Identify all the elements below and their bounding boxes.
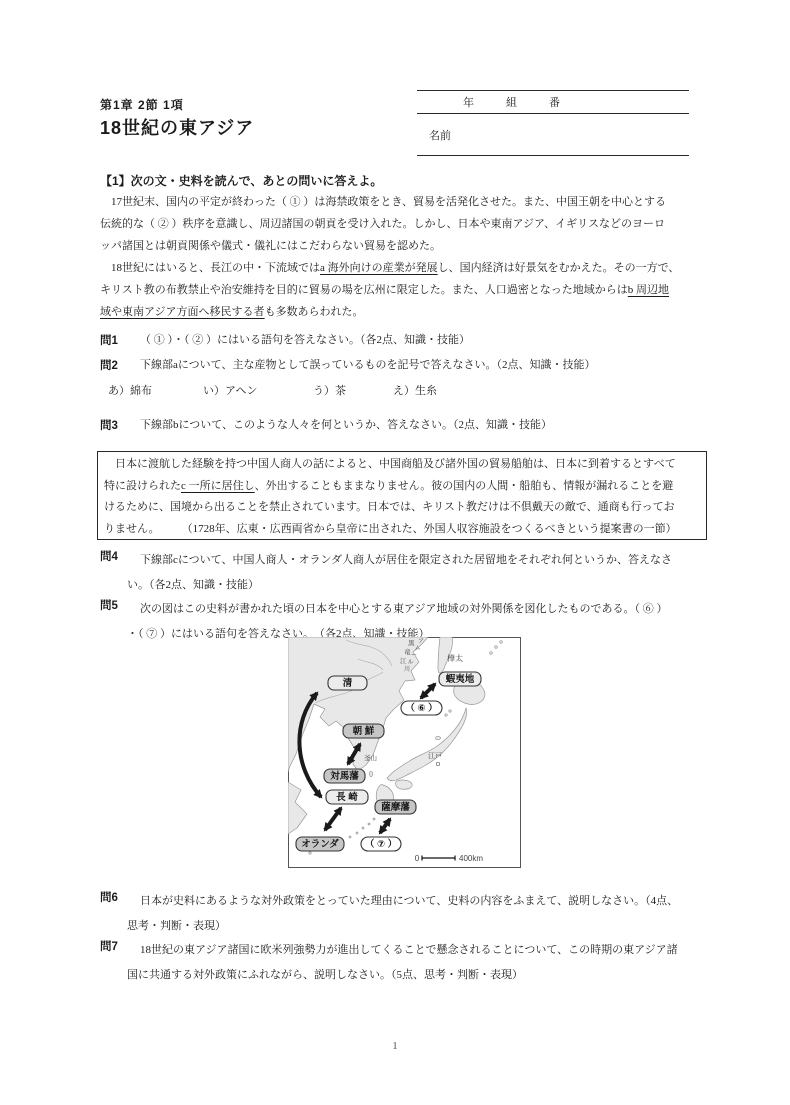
section-heading: 【1】次の文・史料を読んで、あとの問いに答えよ。 xyxy=(100,172,382,189)
chapter-heading: 第1章 2節 1項 xyxy=(100,96,184,113)
passage-paragraph-2: 18世紀にはいると、長江の中・下流域ではa 海外向けの産業が発展し、国内経済は好… xyxy=(100,257,694,323)
busan-label: 釜山 xyxy=(364,753,377,762)
question-7-text: 18世紀の東アジア諸国に欧米列強勢力が進出してくることで懸念されることについて、… xyxy=(127,938,695,988)
qing-label: 清 xyxy=(342,677,353,689)
sado-island xyxy=(436,736,441,739)
name-grade-box: 年 組 番 名前 xyxy=(417,90,689,156)
source-quote-box: 日本に渡航した経験を持つ中国人商人の話によると、中国商船及び諸外国の貿易船舶は、… xyxy=(97,451,707,540)
oranda-label: オランダ xyxy=(301,838,339,850)
page-number: 1 xyxy=(0,1040,790,1052)
island-dot xyxy=(490,652,493,655)
island-dot xyxy=(362,827,364,829)
question-3-text: 下線部bについて、このような人々を何というか、答えなさい。（2点、知識・技能） xyxy=(127,417,695,433)
option-i: い）アヘン xyxy=(203,382,313,398)
underlined-text: c 一所に居住し xyxy=(181,480,255,492)
text-segment: も多数あらわれた。 xyxy=(265,306,364,318)
nagasaki-label: 長 崎 xyxy=(336,791,358,803)
island-dot xyxy=(368,823,370,825)
option-a: あ）綿布 xyxy=(108,382,203,398)
question-6-label: 問6 xyxy=(100,889,118,905)
edo-label: 江戸 xyxy=(428,751,442,760)
question-1-text: （ ① ）・（ ② ）にはいる語句を答えなさい。（各2点、知識・技能） xyxy=(127,332,695,348)
island-dot xyxy=(495,646,498,649)
chosen-label: 朝 鮮 xyxy=(353,725,375,737)
year-label: 年 xyxy=(463,94,474,110)
scale-400km-label: 400km xyxy=(459,854,483,863)
document-page: 第1章 2節 1項 18世紀の東アジア 年 組 番 名前 【1】次の文・史料を読… xyxy=(0,0,790,1105)
shikoku xyxy=(396,780,413,789)
edo-marker xyxy=(436,762,439,765)
class-label: 組 xyxy=(506,94,517,110)
number-label: 番 xyxy=(549,94,560,110)
tsushima-label: 対馬藩 xyxy=(330,770,359,782)
scale-zero-label: 0 xyxy=(415,854,420,863)
q6-label: （ ⑥ ） xyxy=(405,702,437,714)
q7-label: （ ⑦ ） xyxy=(365,838,397,850)
satsuma-label: 薩摩藩 xyxy=(381,801,410,813)
name-label: 名前 xyxy=(429,127,451,143)
question-5-label: 問5 xyxy=(100,597,118,613)
ezochi-label: 蝦夷地 xyxy=(446,673,475,685)
island-dot xyxy=(445,714,447,716)
question-2-label: 問2 xyxy=(100,357,118,373)
question-4-text: 下線部cについて、中国人商人・オランダ人商人が居住を限定された居留地をそれぞれ何… xyxy=(127,548,695,598)
map-svg: 清 蝦夷地 （ ⑥ ） 朝 鮮 対馬藩 長 崎 薩摩藩 オランダ （ ⑦ ） xyxy=(288,637,521,868)
island-dot xyxy=(356,832,358,834)
text-segment: 18世紀にはいると、長江の中・下流域では xyxy=(100,262,320,274)
question-3-label: 問3 xyxy=(100,417,118,433)
island-dot xyxy=(309,852,311,854)
question-2-options: あ）綿布 い）アヘン う）茶 え）生糸 xyxy=(108,382,437,398)
question-4-label: 問4 xyxy=(100,548,118,564)
tsushima-island xyxy=(369,771,372,776)
underlined-text: a 海外向けの産業が発展 xyxy=(320,262,438,274)
question-2-text: 下線部aについて、主な産物として誤っているものを記号で答えなさい。（2点、知識・… xyxy=(127,357,695,373)
karafuto-label: 樺太 xyxy=(447,653,463,663)
question-7-label: 問7 xyxy=(100,938,118,954)
option-e: え）生糸 xyxy=(393,382,437,398)
name-row: 名前 xyxy=(417,114,689,156)
question-6-text: 日本が史料にあるような対外政策をとっていた理由について、史料の内容をふまえて、説… xyxy=(127,889,695,939)
page-title: 18世紀の東アジア xyxy=(100,114,254,140)
island-dot xyxy=(349,836,351,838)
island-dot xyxy=(373,818,375,820)
grade-row: 年 組 番 xyxy=(417,91,689,114)
option-u: う）茶 xyxy=(313,382,393,398)
island-dot xyxy=(449,710,451,712)
island-dot xyxy=(500,641,503,644)
east-asia-map-figure: 清 蝦夷地 （ ⑥ ） 朝 鮮 対馬藩 長 崎 薩摩藩 オランダ （ ⑦ ） xyxy=(288,637,521,868)
passage-paragraph-1: 17世紀末、国内の平定が終わった（ ① ）は海禁政策をとき、貿易を活発化させた。… xyxy=(100,191,694,257)
question-1-label: 問1 xyxy=(100,332,118,348)
